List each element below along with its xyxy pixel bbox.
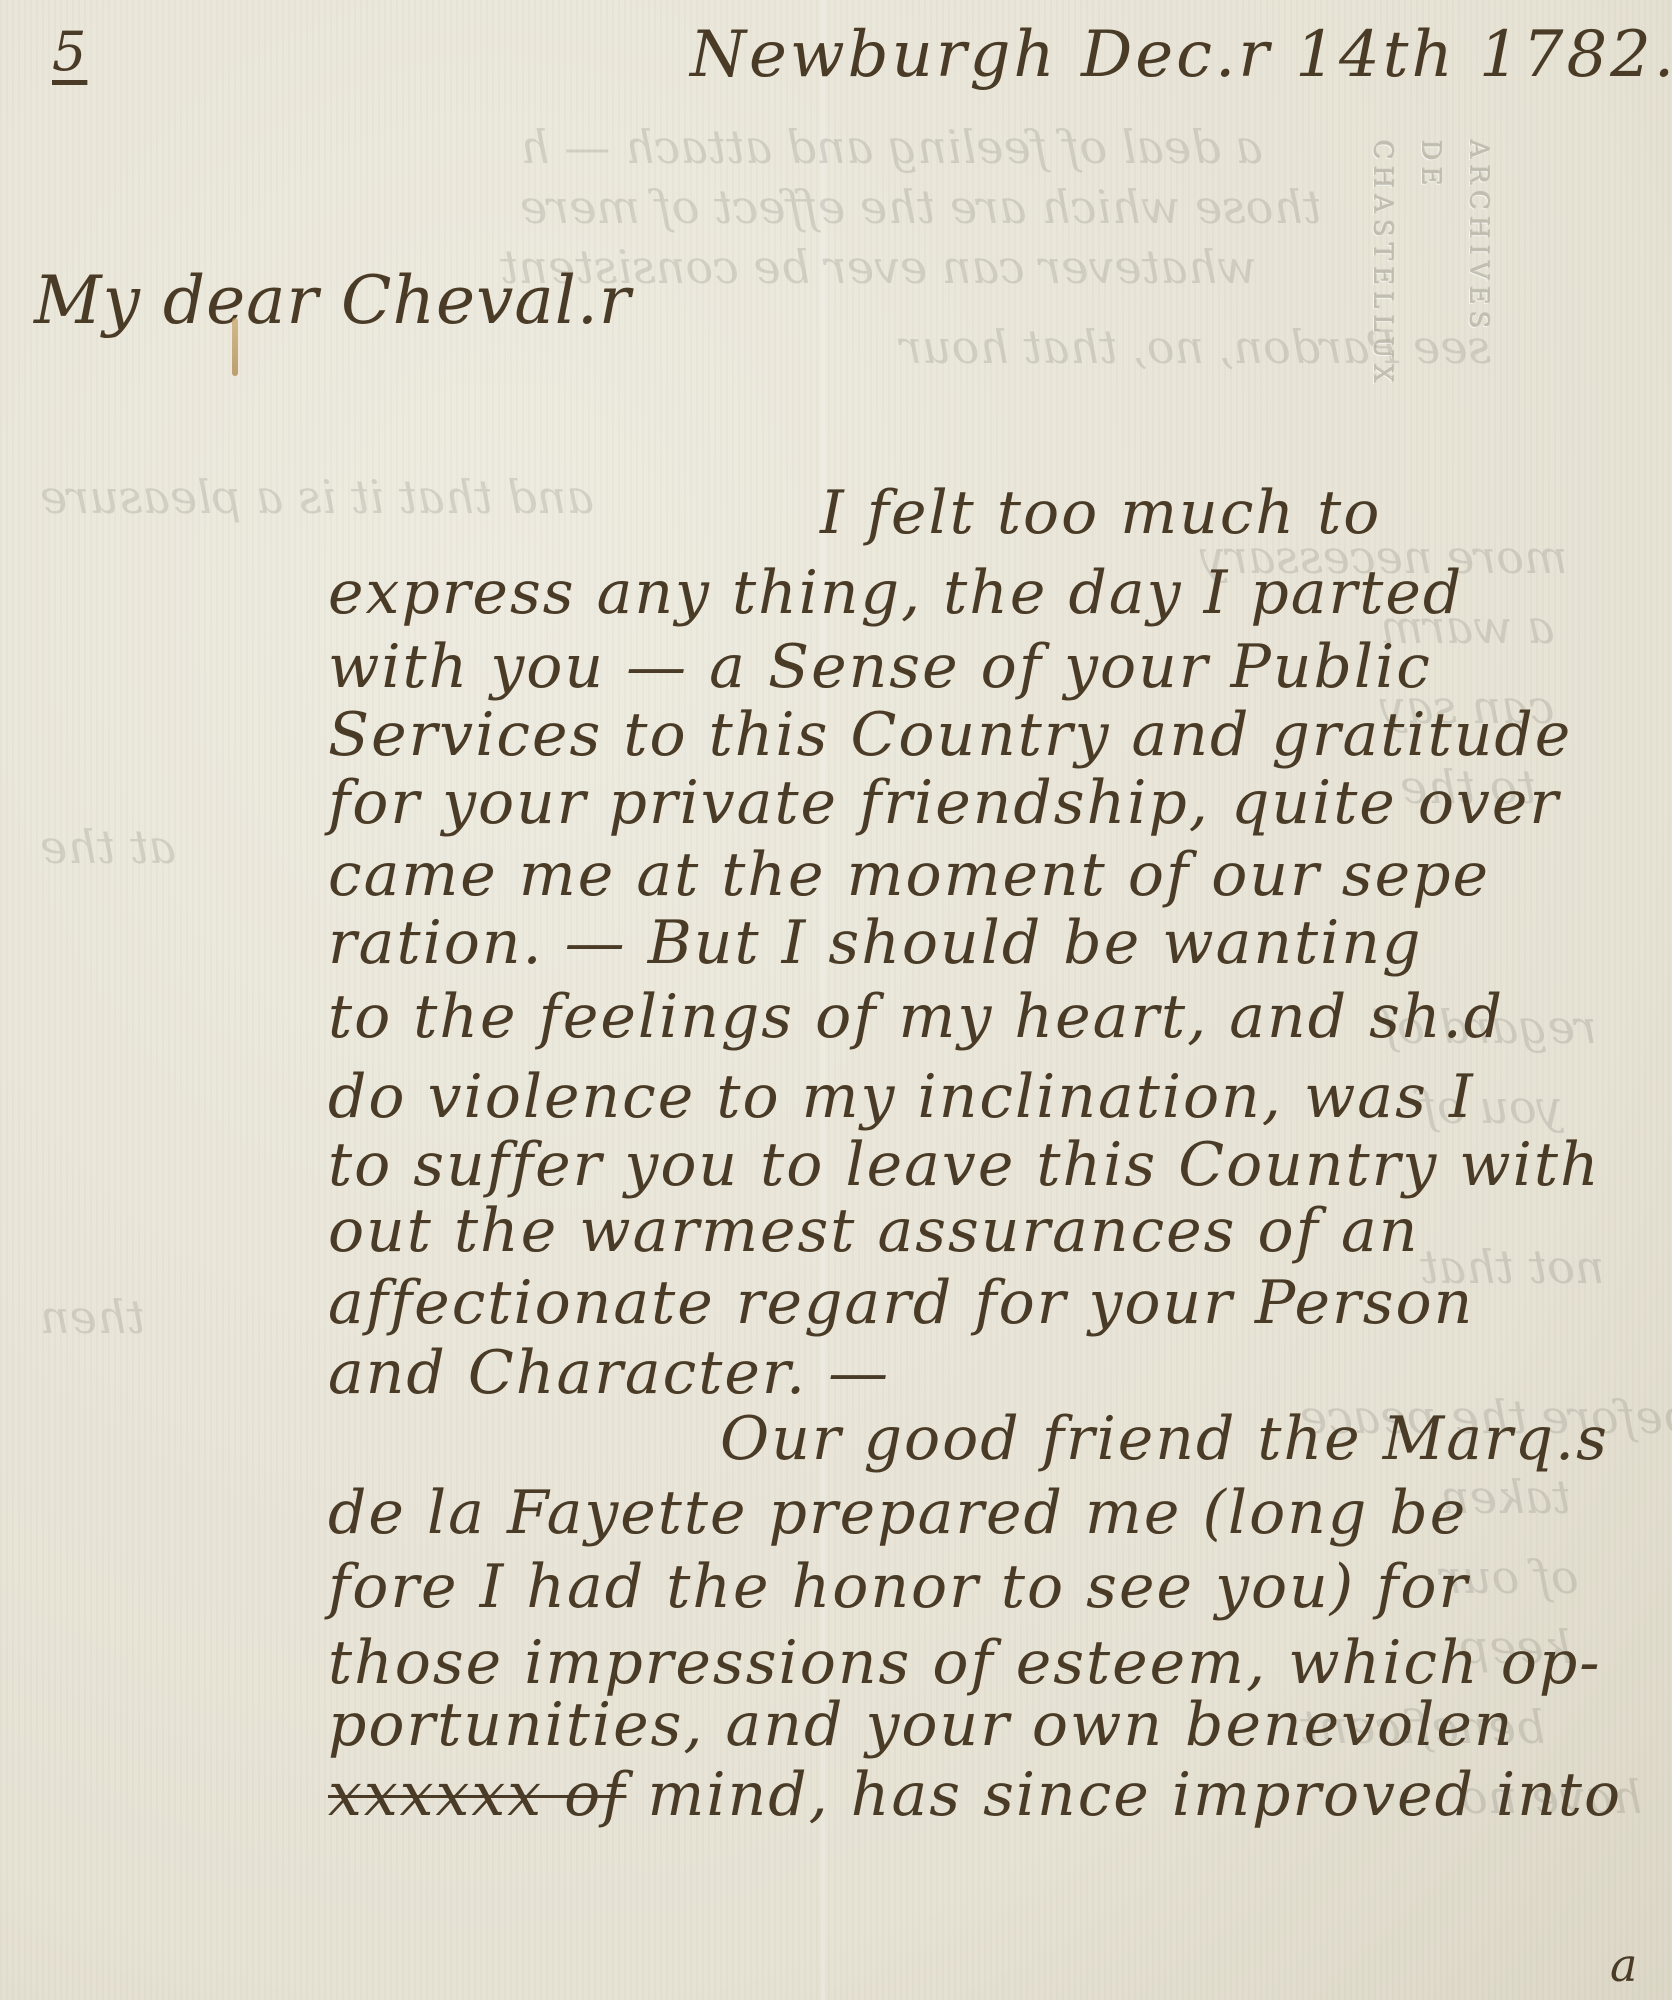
body-line: ration. — But I should be wanting bbox=[328, 908, 1422, 978]
page-number: 5 bbox=[52, 20, 87, 83]
bleed-through-text: a deal of feeling and attach — h bbox=[520, 120, 1263, 174]
salutation: My dear Cheval.r bbox=[34, 262, 631, 339]
bleed-through-text: then bbox=[40, 1290, 145, 1344]
body-line: do violence to my inclination, was I bbox=[328, 1062, 1475, 1132]
body-line: to the feelings of my heart, and sh.d bbox=[328, 982, 1504, 1052]
letter-page: a deal of feeling and attach — h those w… bbox=[0, 0, 1672, 2000]
body-line: and Character. — bbox=[328, 1338, 890, 1408]
dateline: Newburgh Dec.r 14th 1782. bbox=[690, 18, 1672, 92]
body-line: came me at the moment of our sepe bbox=[328, 840, 1490, 910]
body-line: xxxxxx of mind, has since improved into bbox=[328, 1760, 1622, 1830]
stamp-line-de: DE bbox=[1415, 140, 1445, 420]
body-line: Our good friend the Marq.s bbox=[720, 1404, 1609, 1474]
body-line: de la Fayette prepared me (long be bbox=[328, 1478, 1467, 1548]
body-line: express any thing, the day I parted bbox=[328, 558, 1463, 628]
body-line: to suffer you to leave this Country with bbox=[328, 1130, 1601, 1200]
stamp-line-archives: ARCHIVES bbox=[1463, 140, 1493, 420]
stamp-line-chastellux: CHASTELLUX bbox=[1367, 140, 1397, 420]
catchword: a bbox=[1610, 1938, 1638, 1992]
bleed-through-text: those which are the effect of mere bbox=[520, 180, 1322, 234]
body-line: Services to this Country and gratitude bbox=[328, 700, 1572, 770]
body-line-text: mind, has since improved into bbox=[648, 1760, 1623, 1830]
bleed-through-text: and that it is a pleasure bbox=[40, 470, 594, 524]
body-line: with you — a Sense of your Public bbox=[328, 632, 1432, 702]
body-line: I felt too much to bbox=[820, 478, 1381, 548]
body-line: portunities, and your own benevolen bbox=[328, 1690, 1514, 1760]
bleed-through-text: at the bbox=[40, 820, 176, 874]
body-line: fore I had the honor to see you) for bbox=[328, 1552, 1469, 1622]
ink-stain bbox=[232, 318, 238, 376]
body-line: for your private friendship, quite over bbox=[328, 768, 1560, 838]
body-line: affectionate regard for your Person bbox=[328, 1268, 1474, 1338]
archive-stamp: ARCHIVES DE CHASTELLUX bbox=[1330, 140, 1530, 420]
struck-out-word: xxxxxx of bbox=[328, 1760, 626, 1830]
body-line: out the warmest assurances of an bbox=[328, 1196, 1419, 1266]
body-line: those impressions of esteem, which op- bbox=[328, 1628, 1602, 1698]
